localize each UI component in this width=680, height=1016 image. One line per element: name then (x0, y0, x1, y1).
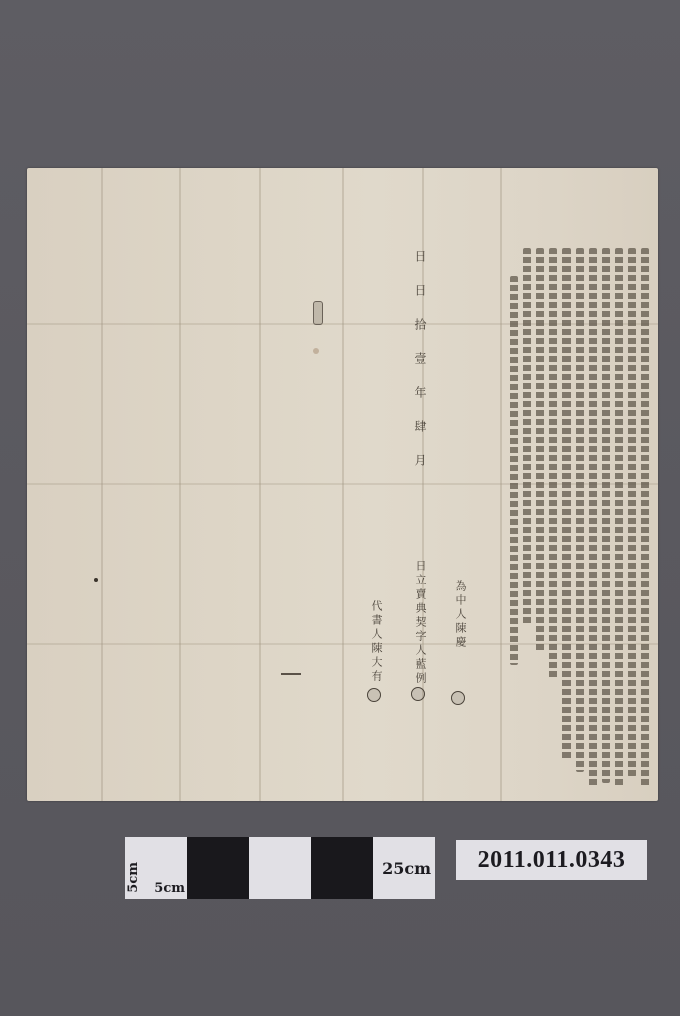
ink-dash-mark (281, 673, 301, 675)
contract-body-text (497, 248, 649, 788)
text-line (615, 248, 623, 788)
scale-cell-black (187, 837, 249, 899)
scale-bar: 5cm 5cm 25cm (125, 837, 435, 899)
text-line (523, 248, 531, 626)
text-line (589, 248, 597, 788)
ink-dot-mark (94, 578, 98, 582)
scale-label-vertical: 5cm (126, 862, 141, 893)
text-line (602, 248, 610, 783)
small-stamp (313, 301, 323, 325)
scale-cell-white (249, 837, 311, 899)
middleman-signature: 為中人陳慶 (452, 580, 468, 650)
text-line (576, 248, 584, 772)
accession-number-label: 2011.011.0343 (456, 840, 647, 880)
text-line (641, 248, 649, 788)
seal-icon (451, 691, 465, 705)
seal-icon (367, 688, 381, 702)
scale-label-total: 25cm (382, 859, 431, 878)
document-paper: 日日拾壹年肆月 為中人陳慶 日立賣典契字人藍例 代書人陳大有 (27, 168, 658, 801)
text-line (536, 248, 544, 653)
text-line (510, 276, 518, 665)
text-line (628, 248, 636, 777)
text-line (562, 248, 570, 761)
date-column: 日日拾壹年肆月 (412, 250, 429, 488)
scale-cell-white: 5cm 5cm (125, 837, 187, 899)
scale-label-horizontal: 5cm (154, 881, 185, 896)
seller-signature: 日立賣典契字人藍例 (412, 560, 428, 686)
scribe-signature: 代書人陳大有 (368, 600, 384, 684)
text-line (549, 248, 557, 680)
paper-stain (313, 348, 319, 354)
scale-cell-black (311, 837, 373, 899)
scale-cell-white: 25cm (373, 837, 435, 899)
seal-icon (411, 687, 425, 701)
